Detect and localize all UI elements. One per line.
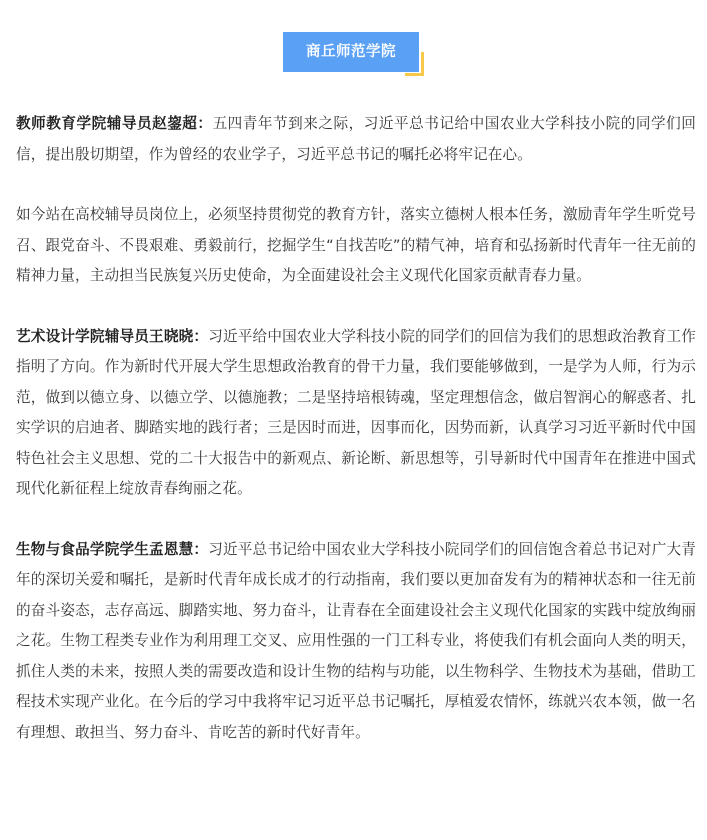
header-banner: 商丘师范学院 (283, 32, 419, 72)
paragraph-text: 习近平总书记给中国农业大学科技小院同学们的回信饱含着总书记对广大青年的深切关爱和… (16, 541, 696, 741)
speaker-label: 艺术设计学院辅导员王晓晓： (16, 328, 208, 345)
paragraph-zhao-continued: 如今站在高校辅导员岗位上，必须坚持贯彻党的教育方针，落实立德树人根本任务，激励青… (16, 200, 696, 292)
article-body: 教师教育学院辅导员赵鋆超：五四青年节到来之际，习近平总书记给中国农业大学科技小院… (16, 109, 696, 778)
paragraph-meng: 生物与食品学院学生孟恩慧：习近平总书记给中国农业大学科技小院同学们的回信饱含着总… (16, 535, 696, 749)
speaker-label: 生物与食品学院学生孟恩慧： (16, 541, 208, 558)
paragraph-text: 习近平给中国农业大学科技小院的同学们的回信为我们的思想政治教育工作指明了方向。作… (16, 328, 696, 498)
speaker-label: 教师教育学院辅导员赵鋆超： (16, 115, 213, 132)
paragraph-text: 如今站在高校辅导员岗位上，必须坚持贯彻党的教育方针，落实立德树人根本任务，激励青… (16, 206, 696, 284)
paragraph-zhao: 教师教育学院辅导员赵鋆超：五四青年节到来之际，习近平总书记给中国农业大学科技小院… (16, 109, 696, 170)
header-title: 商丘师范学院 (283, 32, 419, 72)
paragraph-wang: 艺术设计学院辅导员王晓晓：习近平给中国农业大学科技小院的同学们的回信为我们的思想… (16, 322, 696, 505)
